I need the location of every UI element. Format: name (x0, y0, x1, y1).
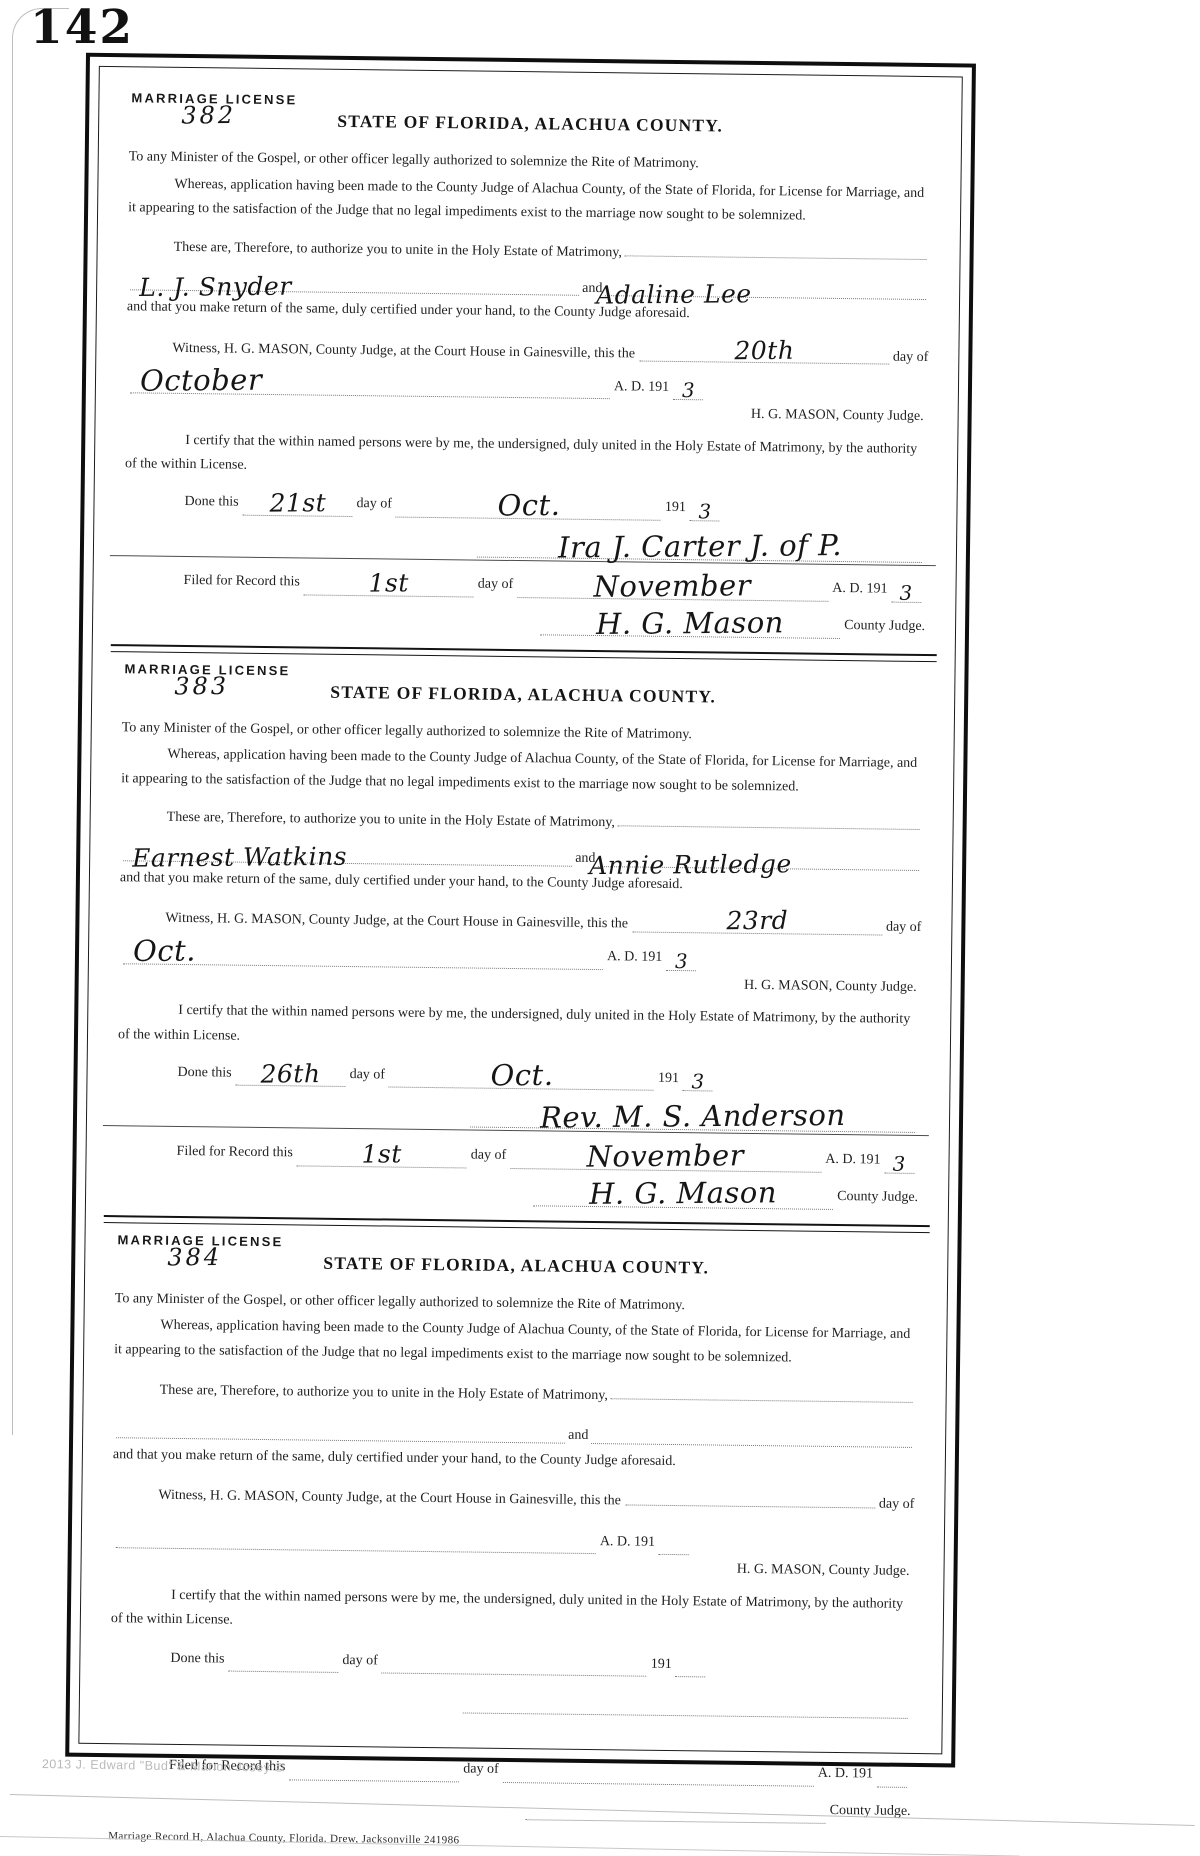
judge-signature-line (526, 1789, 826, 1824)
filed-label: Filed for Record this (123, 569, 300, 596)
day-of-label: day of (471, 1144, 507, 1169)
filed-month-field: November (510, 1141, 821, 1172)
done-label: Done this (117, 1060, 231, 1086)
dotted-line (611, 1395, 913, 1403)
judge-printed-name: H. G. MASON, County Judge. (744, 974, 917, 1001)
year-label: 191 (651, 1652, 672, 1677)
officiant-signature: Ira J. Carter J. of P. (557, 532, 841, 561)
married-year-field (676, 1676, 706, 1677)
dotted-line (116, 1434, 565, 1443)
license-year-field: 3 (666, 952, 696, 971)
section-header: MARRIAGE LICENSE 383 STATE OF FLORIDA, A… (122, 662, 925, 718)
filed-month-field: November (517, 571, 828, 602)
day-of-label: day of (478, 573, 514, 598)
filed-month: November (587, 1143, 745, 1170)
day-of-label: day of (879, 1493, 915, 1518)
filed-year-field (877, 1786, 907, 1787)
judge-signature: H. G. Mason (589, 1180, 777, 1208)
married-day-field: 21st (242, 492, 352, 517)
groom-name: L. J. Snyder (139, 275, 292, 299)
filed-day: 1st (362, 1143, 402, 1166)
bride-name: Adaline Lee (596, 283, 752, 307)
license-year-field (659, 1554, 689, 1555)
ad-label: A. D. 191 (825, 1148, 881, 1173)
authorize-clause: These are, Therefore, to authorize you t… (127, 235, 622, 266)
day-of-label: day of (886, 916, 922, 941)
witness-clause: Witness, H. G. MASON, County Judge, at t… (126, 336, 635, 367)
whereas-clause: Whereas, application having been made to… (128, 172, 931, 231)
section-header: MARRIAGE LICENSE 384 STATE OF FLORIDA, A… (115, 1233, 918, 1289)
license-month: Oct. (133, 937, 196, 964)
license-number: 383 (174, 676, 229, 698)
license-year-field: 3 (673, 381, 703, 400)
ad-label: A. D. 191 (607, 946, 663, 971)
ad-label: A. D. 191 (818, 1762, 874, 1787)
authorize-clause: These are, Therefore, to authorize you t… (121, 806, 616, 837)
certify-clause: I certify that the within named persons … (118, 999, 921, 1058)
filed-month: November (594, 572, 752, 599)
filed-year-field: 3 (884, 1154, 914, 1173)
judge-printed-name: H. G. MASON, County Judge. (737, 1558, 910, 1585)
license-day-field (625, 1504, 875, 1508)
license-number: 384 (167, 1246, 222, 1268)
names-line: and Earnest Watkins Annie Rutledge (120, 832, 922, 876)
and-label: and (568, 1424, 589, 1449)
license-section-382: MARRIAGE LICENSE 382 STATE OF FLORIDA, A… (123, 91, 932, 640)
license-month-field: October (130, 366, 610, 399)
license-year-digit: 3 (681, 381, 694, 399)
license-section-383: MARRIAGE LICENSE 383 STATE OF FLORIDA, A… (116, 662, 925, 1211)
names-line: and L. J. Snyder Adaline Lee (127, 261, 929, 305)
ad-label: A. D. 191 (832, 577, 888, 602)
county-judge-label: County Judge. (844, 614, 925, 639)
certify-clause: I certify that the within named persons … (125, 428, 928, 487)
record-page-content: MARRIAGE LICENSE 382 STATE OF FLORIDA, A… (78, 66, 962, 1754)
married-month-field: Oct. (396, 490, 661, 520)
married-day: 21st (269, 492, 326, 515)
judge-signature-line: H. G. Mason (540, 604, 840, 639)
whereas-clause: Whereas, application having been made to… (121, 743, 924, 802)
judge-printed-name: H. G. MASON, County Judge. (751, 403, 924, 430)
officiant-signature-line (463, 1679, 908, 1719)
married-month: Oct. (490, 1062, 553, 1089)
filed-day-field (289, 1779, 459, 1782)
year-label: 191 (658, 1067, 679, 1092)
day-of-label: day of (893, 345, 929, 370)
marriage-record-page: MARRIAGE LICENSE 382 STATE OF FLORIDA, A… (65, 53, 976, 1768)
bride-name: Annie Rutledge (589, 854, 792, 878)
filed-month-field (503, 1782, 814, 1787)
married-year-digit: 3 (691, 1073, 704, 1091)
judge-signature: H. G. Mason (596, 609, 784, 637)
filed-day-field: 1st (297, 1142, 467, 1168)
day-of-label: day of (349, 1063, 385, 1088)
witness-clause: Witness, H. G. MASON, County Judge, at t… (112, 1483, 621, 1514)
done-label: Done this (110, 1646, 224, 1672)
married-month-field (382, 1673, 647, 1677)
officiant-signature-line: Ira J. Carter J. of P. (477, 522, 922, 562)
married-day-field (228, 1671, 338, 1673)
copyright-watermark: 2013 J. Edward "Bud" & Marion Josey © (42, 1757, 284, 1775)
dotted-line (618, 823, 920, 831)
done-label: Done this (124, 489, 238, 515)
married-year-field: 3 (683, 1073, 713, 1092)
filed-year-digit: 3 (900, 584, 913, 602)
authorize-clause: These are, Therefore, to authorize you t… (114, 1378, 609, 1409)
filed-day-field: 1st (304, 572, 474, 598)
license-month-field: Oct. (123, 937, 603, 970)
married-month: Oct. (497, 491, 560, 518)
day-of-label: day of (356, 492, 392, 517)
license-section-384: MARRIAGE LICENSE 384 STATE OF FLORIDA, A… (108, 1233, 917, 1825)
married-month-field: Oct. (389, 1061, 654, 1091)
license-number: 382 (181, 105, 236, 127)
officiant-signature: Rev. M. S. Anderson (540, 1102, 846, 1131)
county-judge-label: County Judge. (830, 1799, 911, 1824)
day-of-label: day of (463, 1758, 499, 1783)
filed-year-digit: 3 (893, 1154, 906, 1172)
married-year-digit: 3 (698, 502, 711, 520)
license-day: 20th (734, 339, 794, 362)
section-header: MARRIAGE LICENSE 382 STATE OF FLORIDA, A… (129, 91, 932, 147)
license-day-field: 23rd (632, 909, 882, 936)
license-day: 23rd (726, 910, 788, 933)
whereas-clause: Whereas, application having been made to… (114, 1313, 917, 1372)
county-judge-label: County Judge. (837, 1185, 918, 1210)
ad-label: A. D. 191 (614, 375, 670, 400)
dotted-line (625, 252, 927, 260)
dotted-line (591, 1440, 912, 1448)
day-of-label: day of (342, 1649, 378, 1674)
ad-label: A. D. 191 (600, 1530, 656, 1555)
license-month: October (140, 367, 262, 394)
certify-clause: I certify that the within named persons … (111, 1583, 914, 1642)
scanned-page-edge-line (12, 8, 69, 1435)
filed-day: 1st (369, 573, 409, 596)
married-day: 26th (261, 1063, 321, 1086)
license-year-digit: 3 (674, 952, 687, 970)
year-label: 191 (665, 496, 686, 521)
married-year-field: 3 (690, 502, 720, 521)
filed-year-field: 3 (891, 583, 921, 602)
filed-label: Filed for Record this (116, 1139, 293, 1166)
judge-signature-line: H. G. Mason (533, 1175, 833, 1210)
license-day-field: 20th (639, 338, 889, 365)
officiant-signature-line: Rev. M. S. Anderson (470, 1093, 915, 1133)
married-day-field: 26th (235, 1063, 345, 1088)
groom-name: Earnest Watkins (132, 846, 347, 870)
